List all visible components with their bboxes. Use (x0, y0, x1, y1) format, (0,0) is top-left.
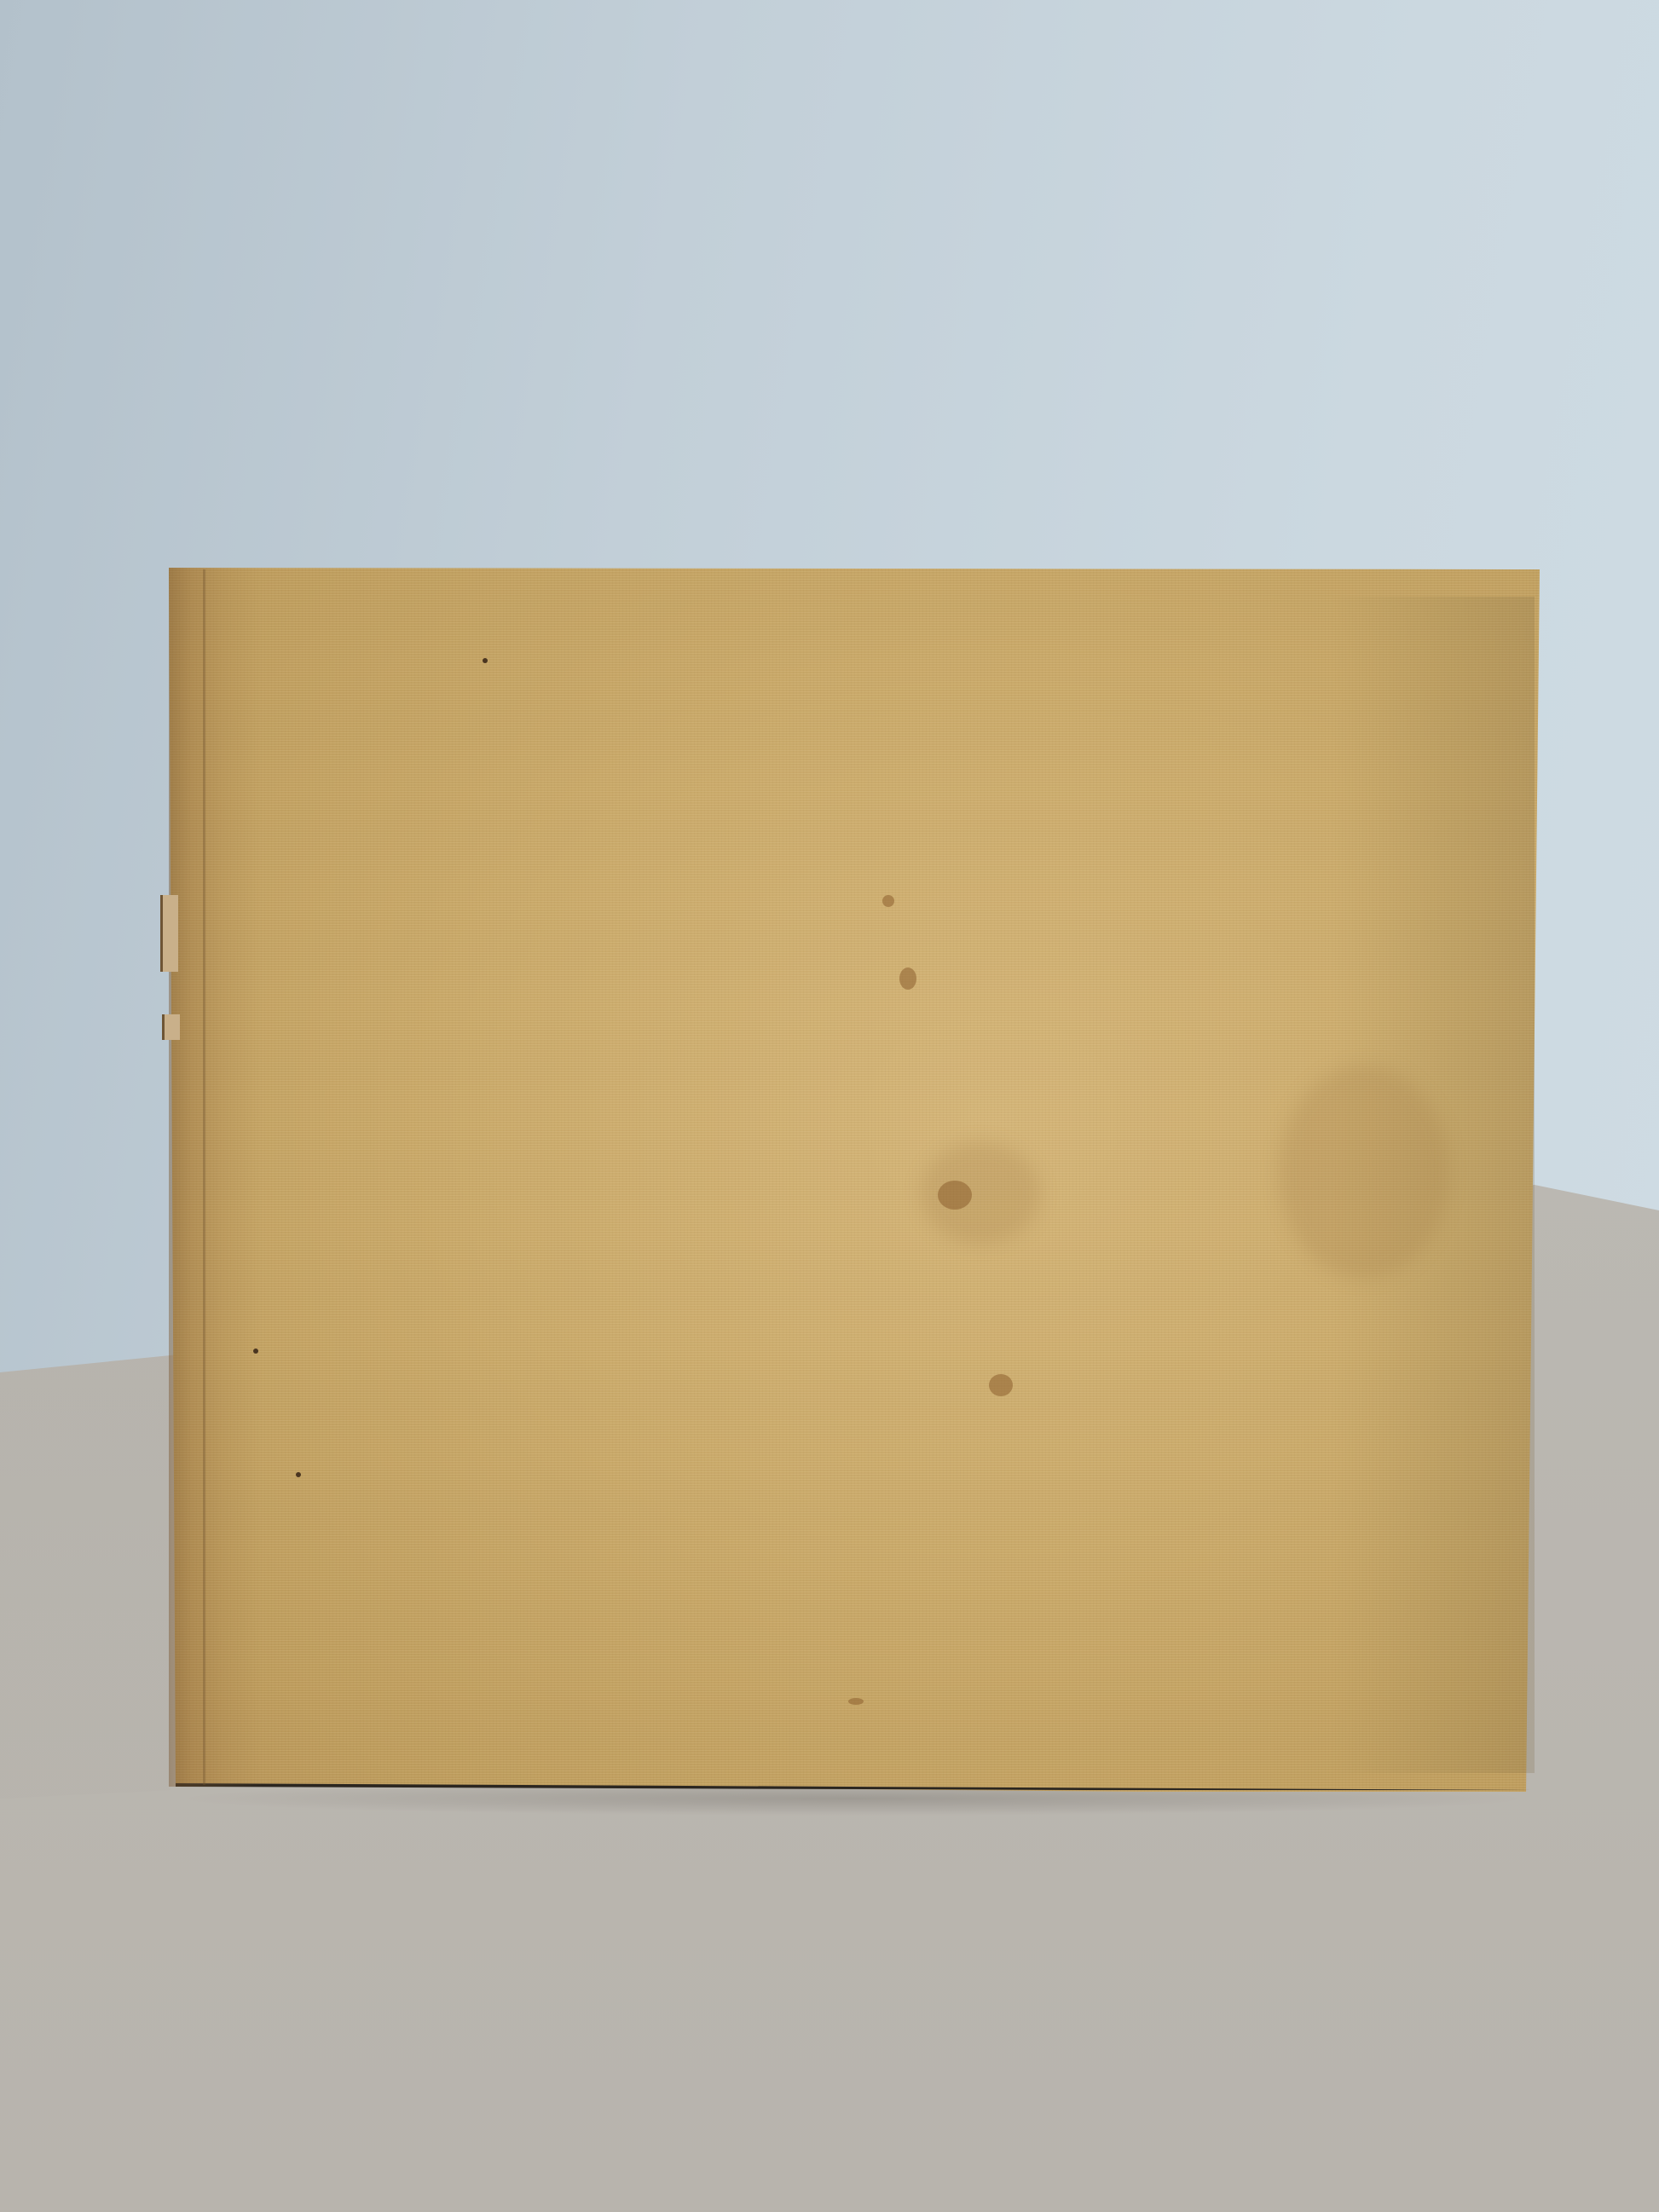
stain-dot (483, 658, 488, 663)
stain-spot (938, 1181, 972, 1210)
frayed-spine-upper (160, 895, 178, 972)
stain-spot (882, 895, 894, 907)
stain-dot (253, 1349, 258, 1354)
stain-spot (989, 1374, 1013, 1396)
frayed-spine-lower (162, 1014, 180, 1040)
spine-crease (203, 569, 205, 1785)
stain-dot (296, 1472, 301, 1477)
stain-halo-right (1279, 1066, 1449, 1279)
book-spine (169, 568, 263, 1787)
stain-spot (848, 1698, 864, 1705)
stain-spot (899, 967, 916, 990)
